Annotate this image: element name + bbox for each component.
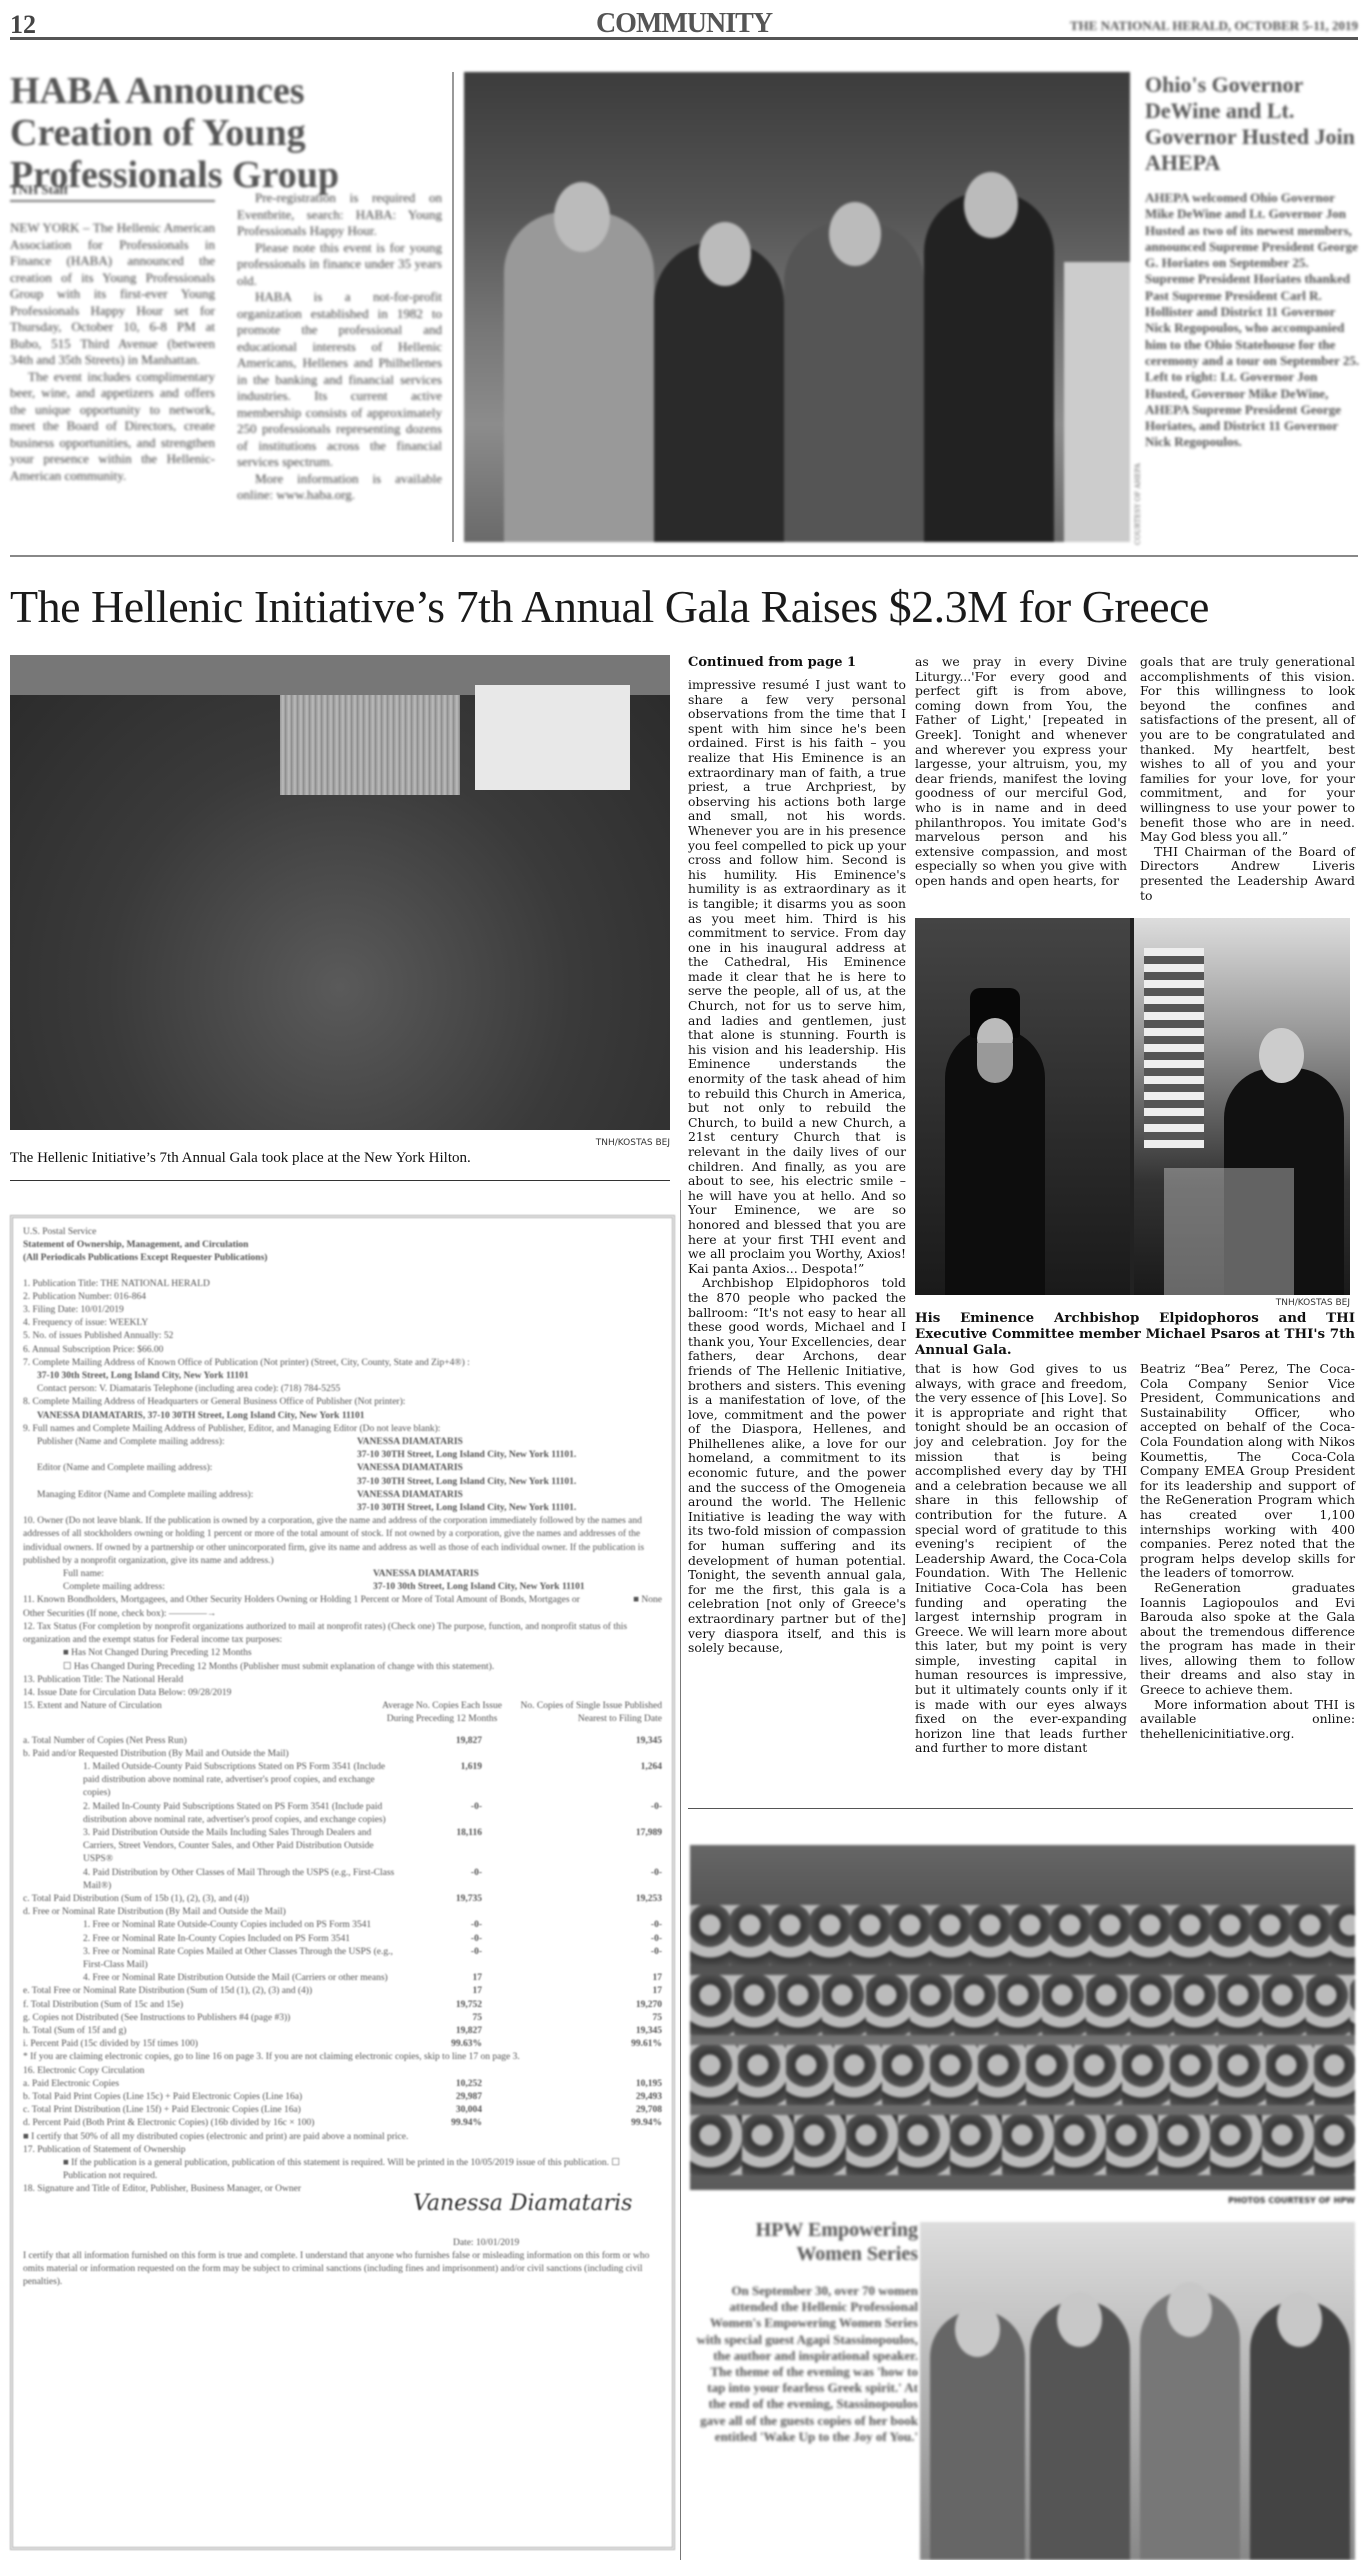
publication-option: ■ If the publication is a general public… — [23, 2157, 662, 2183]
archbishop-photo-caption: His Eminence Archbishop Elpidophoros and… — [915, 1310, 1355, 1358]
archbishop-photo-credit: TNH/KOSTAS BEJ — [915, 1298, 1350, 1308]
electronic-row: a. Paid Electronic Copies10,25210,195 — [23, 2078, 662, 2091]
avg-copies-value — [402, 1748, 482, 1761]
circulation-row: 2. Mailed In-County Paid Subscriptions S… — [23, 1801, 662, 1827]
circulation-row: 2. Free or Nominal Rate In-County Copies… — [23, 1933, 662, 1946]
single-issue-value: 17,989 — [482, 1827, 662, 1867]
electronic-table: a. Paid Electronic Copies10,25210,195b. … — [23, 2078, 662, 2131]
circulation-label: i. Percent Paid (15c divided by 15f time… — [23, 2038, 402, 2051]
avg-copies-value: 1,619 — [402, 1761, 482, 1801]
thi-column-2-bottom: that is how God gives to us always, with… — [915, 1362, 1127, 1756]
section-divider — [10, 555, 1358, 557]
circulation-label: 1. Mailed Outside-County Paid Subscripti… — [83, 1761, 402, 1801]
electronic-row: b. Total Paid Print Copies (Line 15c) + … — [23, 2091, 662, 2104]
avg-copies-value — [402, 1906, 482, 1919]
postal-statement-box: U.S. Postal Service Statement of Ownersh… — [10, 1215, 675, 2550]
circulation-label: 4. Free or Nominal Rate Distribution Out… — [83, 1972, 402, 1985]
hpw-group-photo — [690, 1845, 1355, 2190]
ahepa-photo-credit: COURTESY OF AHEPA — [1134, 463, 1142, 545]
single-issue-value: 17 — [482, 1972, 662, 1985]
avg-copies-value: 19,827 — [402, 1735, 482, 1748]
postal-item: 10. Owner (Do not leave blank. If the pu… — [23, 1515, 662, 1568]
postal-item: 6. Annual Subscription Price: $66.00 — [23, 1344, 662, 1357]
single-issue-value: 99.61% — [482, 2038, 662, 2051]
postal-note: * If you are claiming electronic copies,… — [23, 2051, 662, 2064]
haba-headline: HABA Announces Creation of Young Profess… — [10, 70, 450, 196]
column-divider — [452, 72, 454, 542]
avg-copies-value: 19,752 — [402, 1999, 482, 2012]
single-issue-value: 75 — [482, 2012, 662, 2025]
ahepa-group-photo — [464, 72, 1130, 542]
single-issue-value: 19,345 — [482, 1735, 662, 1748]
postal-item: 1. Publication Title: THE NATIONAL HERAL… — [23, 1278, 662, 1291]
circulation-row: e. Total Free or Nominal Rate Distributi… — [23, 1985, 662, 1998]
gala-photo-credit: TNH/KOSTAS BEJ — [10, 1138, 670, 1148]
circulation-row: 4. Free or Nominal Rate Distribution Out… — [23, 1972, 662, 1985]
avg-copies-value: 29,987 — [402, 2091, 482, 2104]
thi-paragraph: Archbishop Elpidophoros told the 870 peo… — [688, 1276, 906, 1655]
circulation-row: f. Total Distribution (Sum of 15c and 15… — [23, 1999, 662, 2012]
single-issue-value: 1,264 — [482, 1761, 662, 1801]
postal-item: Contact person: V. Diamataris Telephone … — [23, 1383, 662, 1396]
avg-copies-value: -0- — [402, 1919, 482, 1932]
circulation-row: 4. Paid Distribution by Other Classes of… — [23, 1867, 662, 1893]
circulation-label: g. Copies not Distributed (See Instructi… — [23, 2012, 402, 2025]
postal-item: 3. Filing Date: 10/01/2019 — [23, 1304, 662, 1317]
circulation-label: 3. Free or Nominal Rate Copies Mailed at… — [83, 1946, 402, 1972]
circulation-row: g. Copies not Distributed (See Instructi… — [23, 2012, 662, 2025]
avg-copies-value: 30,004 — [402, 2104, 482, 2117]
single-issue-value: 19,345 — [482, 2025, 662, 2038]
circulation-row: 1. Free or Nominal Rate Outside-County C… — [23, 1919, 662, 1932]
avg-copies-value: 17 — [402, 1972, 482, 1985]
avg-copies-value: 99.63% — [402, 2038, 482, 2051]
postal-item: 7. Complete Mailing Address of Known Off… — [23, 1357, 662, 1370]
single-issue-value: -0- — [482, 1946, 662, 1972]
postal-item: 12. Tax Status (For completion by nonpro… — [23, 1621, 662, 1647]
single-issue-value: 99.94% — [482, 2117, 662, 2130]
thi-paragraph: More information about THI is available … — [1140, 1698, 1355, 1742]
circulation-label: 2. Free or Nominal Rate In-County Copies… — [83, 1933, 402, 1946]
continued-from-label: Continued from page 1 — [688, 655, 856, 670]
circulation-label: f. Total Distribution (Sum of 15c and 15… — [23, 1999, 402, 2012]
electronic-label: d. Percent Paid (Both Print & Electronic… — [23, 2117, 402, 2130]
haba-paragraph: Please note this event is for young prof… — [237, 240, 442, 290]
single-issue-value: -0- — [482, 1801, 662, 1827]
single-issue-value — [482, 1748, 662, 1761]
single-issue-value: 19,253 — [482, 1893, 662, 1906]
avg-copies-value: 75 — [402, 2012, 482, 2025]
avg-copies-value: -0- — [402, 1801, 482, 1827]
avg-copies-value: -0- — [402, 1867, 482, 1893]
hpw-headline: HPW Empowering Women Series — [690, 2218, 918, 2266]
circulation-row: 3. Free or Nominal Rate Copies Mailed at… — [23, 1946, 662, 1972]
caption-divider — [10, 1180, 670, 1181]
officer-address: 37-10 30TH Street, Long Island City, New… — [23, 1449, 662, 1462]
circulation-label: e. Total Free or Nominal Rate Distributi… — [23, 1985, 402, 1998]
column-divider — [680, 1190, 681, 2560]
officer-row: Managing Editor (Name and Complete maili… — [23, 1489, 662, 1502]
officer-row: Publisher (Name and Complete mailing add… — [23, 1436, 662, 1449]
circulation-row: b. Paid and/or Requested Distribution (B… — [23, 1748, 662, 1761]
single-issue-value — [482, 1906, 662, 1919]
postal-header-line: (All Periodicals Publications Except Req… — [23, 1252, 662, 1265]
circulation-label: b. Paid and/or Requested Distribution (B… — [23, 1748, 402, 1761]
thi-paragraph: Beatriz “Bea” Perez, The Coca-Cola Compa… — [1140, 1362, 1355, 1581]
electronic-label: c. Total Print Distribution (Line 15f) +… — [23, 2104, 402, 2117]
postal-item: 13. Publication Title: The National Hera… — [23, 1674, 662, 1687]
single-issue-value: 29,493 — [482, 2091, 662, 2104]
avg-copies-value: 17 — [402, 1985, 482, 1998]
none-checkbox: ■ None — [582, 1594, 662, 1620]
haba-paragraph: Pre-registration is required on Eventbri… — [237, 190, 442, 240]
gala-ballroom-photo — [10, 655, 670, 1130]
haba-byline: TNH Staff — [10, 182, 215, 202]
electronic-row: c. Total Print Distribution (Line 15f) +… — [23, 2104, 662, 2117]
circulation-header: 15. Extent and Nature of Circulation Ave… — [23, 1700, 662, 1726]
tax-status-option: ■ Has Not Changed During Preceding 12 Mo… — [23, 1647, 662, 1660]
postal-item: 5. No. of issues Published Annually: 52 — [23, 1330, 662, 1343]
officer-address: 37-10 30TH Street, Long Island City, New… — [23, 1476, 662, 1489]
thi-paragraph: THI Chairman of the Board of Directors A… — [1140, 845, 1355, 903]
ahepa-body: AHEPA welcomed Ohio Governor Mike DeWine… — [1145, 190, 1360, 451]
owner-row: Complete mailing address: 37-10 30th Str… — [23, 1581, 662, 1594]
single-issue-value: 29,708 — [482, 2104, 662, 2117]
single-issue-value: 17 — [482, 1985, 662, 1998]
officer-address: 37-10 30TH Street, Long Island City, New… — [23, 1502, 662, 1515]
gala-photo-caption: The Hellenic Initiative’s 7th Annual Gal… — [10, 1150, 670, 1167]
circulation-row: i. Percent Paid (15c divided by 15f time… — [23, 2038, 662, 2051]
thi-headline: The Hellenic Initiative’s 7th Annual Gal… — [10, 580, 1360, 634]
circulation-row: 3. Paid Distribution Outside the Mails I… — [23, 1827, 662, 1867]
signature-date: Date: 10/01/2019 — [23, 2237, 662, 2250]
circulation-label: 3. Paid Distribution Outside the Mails I… — [83, 1827, 402, 1867]
single-issue-value: 10,195 — [482, 2078, 662, 2091]
ahepa-headline: Ohio's Governor DeWine and Lt. Governor … — [1145, 72, 1355, 176]
circulation-label: 2. Mailed In-County Paid Subscriptions S… — [83, 1801, 402, 1827]
avg-copies-value: 19,735 — [402, 1893, 482, 1906]
signature: Vanessa Diamataris — [413, 2197, 662, 2237]
postal-item: 4. Frequency of issue: WEEKLY — [23, 1317, 662, 1330]
postal-item: 8. Complete Mailing Address of Headquart… — [23, 1396, 662, 1409]
postal-header-line: Statement of Ownership, Management, and … — [23, 1239, 662, 1252]
electronic-label: b. Total Paid Print Copies (Line 15c) + … — [23, 2091, 402, 2104]
avg-copies-value: 18,116 — [402, 1827, 482, 1867]
archbishop-photo — [915, 918, 1350, 1295]
circulation-label: c. Total Paid Distribution (Sum of 15b (… — [23, 1893, 402, 1906]
haba-paragraph: HABA is a not-for-profit organization es… — [237, 289, 442, 471]
thi-paragraph: goals that are truly generational accomp… — [1140, 655, 1355, 845]
circulation-label: 4. Paid Distribution by Other Classes of… — [83, 1867, 402, 1893]
postal-item: 14. Issue Date for Circulation Data Belo… — [23, 1687, 662, 1700]
haba-column-2: Pre-registration is required on Eventbri… — [237, 190, 442, 504]
circulation-row: c. Total Paid Distribution (Sum of 15b (… — [23, 1893, 662, 1906]
circulation-label: h. Total (Sum of 15f and g) — [23, 2025, 402, 2038]
haba-paragraph: More information is available online: ww… — [237, 471, 442, 504]
circulation-label: a. Total Number of Copies (Net Press Run… — [23, 1735, 402, 1748]
single-issue-value: 19,270 — [482, 1999, 662, 2012]
circulation-row: d. Free or Nominal Rate Distribution (By… — [23, 1906, 662, 1919]
avg-copies-value: 19,827 — [402, 2025, 482, 2038]
thi-paragraph: impressive resumé I just want to share a… — [688, 678, 906, 1276]
officer-row: Editor (Name and Complete mailing addres… — [23, 1462, 662, 1475]
haba-paragraph: The event includes complimentary beer, w… — [10, 369, 215, 485]
haba-paragraph: NEW YORK – The Hellenic American Associa… — [10, 220, 215, 369]
postal-item: 2. Publication Number: 016-864 — [23, 1291, 662, 1304]
tax-status-option: ☐ Has Changed During Preceding 12 Months… — [23, 1661, 662, 1674]
page-masthead: 12 COMMUNITY THE NATIONAL HERALD, OCTOBE… — [10, 6, 1358, 40]
hpw-photo-credit: PHOTOS COURTESY OF HPW — [690, 2196, 1355, 2205]
single-issue-value: -0- — [482, 1919, 662, 1932]
dateline: THE NATIONAL HERALD, OCTOBER 5-11, 2019 — [1070, 18, 1358, 34]
thi-paragraph: that is how God gives to us always, with… — [915, 1362, 1127, 1756]
thi-column-3-bottom: Beatriz “Bea” Perez, The Coca-Cola Compa… — [1140, 1362, 1355, 1741]
avg-copies-value: 99.94% — [402, 2117, 482, 2130]
circulation-label: d. Free or Nominal Rate Distribution (By… — [23, 1906, 402, 1919]
postal-item: 16. Electronic Copy Circulation — [23, 2065, 662, 2078]
thi-paragraph: as we pray in every Divine Liturgy...'Fo… — [915, 655, 1127, 889]
single-issue-value: -0- — [482, 1933, 662, 1946]
thi-paragraph: ReGeneration graduates Ioannis Lagiopoul… — [1140, 1581, 1355, 1698]
owner-row: Full name: VANESSA DIAMATARIS — [23, 1568, 662, 1581]
postal-item: 17. Publication of Statement of Ownershi… — [23, 2144, 662, 2157]
haba-column-1: NEW YORK – The Hellenic American Associa… — [10, 220, 215, 484]
hpw-women-photo — [920, 2222, 1355, 2560]
article-end-divider — [688, 1808, 1353, 1809]
hpw-body: On September 30, over 70 women attended … — [690, 2283, 918, 2445]
avg-copies-value: 10,252 — [402, 2078, 482, 2091]
postal-header-line: U.S. Postal Service — [23, 1226, 662, 1239]
avg-copies-value: -0- — [402, 1946, 482, 1972]
avg-copies-value: -0- — [402, 1933, 482, 1946]
circulation-table: a. Total Number of Copies (Net Press Run… — [23, 1735, 662, 2052]
thi-column-1: impressive resumé I just want to share a… — [688, 678, 906, 1656]
certify-checkbox: ■ I certify that 50% of all my distribut… — [23, 2131, 662, 2144]
circulation-row: 1. Mailed Outside-County Paid Subscripti… — [23, 1761, 662, 1801]
thi-column-2-top: as we pray in every Divine Liturgy...'Fo… — [915, 655, 1127, 889]
electronic-label: a. Paid Electronic Copies — [23, 2078, 402, 2091]
postal-item: 37-10 30th Street, Long Island City, New… — [23, 1370, 662, 1383]
circulation-row: a. Total Number of Copies (Net Press Run… — [23, 1735, 662, 1748]
postal-item: 9. Full names and Complete Mailing Addre… — [23, 1423, 662, 1436]
thi-column-3-top: goals that are truly generational accomp… — [1140, 655, 1355, 903]
circulation-row: h. Total (Sum of 15f and g)19,82719,345 — [23, 2025, 662, 2038]
circulation-label: 1. Free or Nominal Rate Outside-County C… — [83, 1919, 402, 1932]
postal-item: VANESSA DIAMATARIS, 37-10 30TH Street, L… — [23, 1410, 662, 1423]
electronic-row: d. Percent Paid (Both Print & Electronic… — [23, 2117, 662, 2130]
postal-item-11: 11. Known Bondholders, Mortgagees, and O… — [23, 1594, 662, 1620]
single-issue-value: -0- — [482, 1867, 662, 1893]
certification-statement: I certify that all information furnished… — [23, 2250, 662, 2290]
